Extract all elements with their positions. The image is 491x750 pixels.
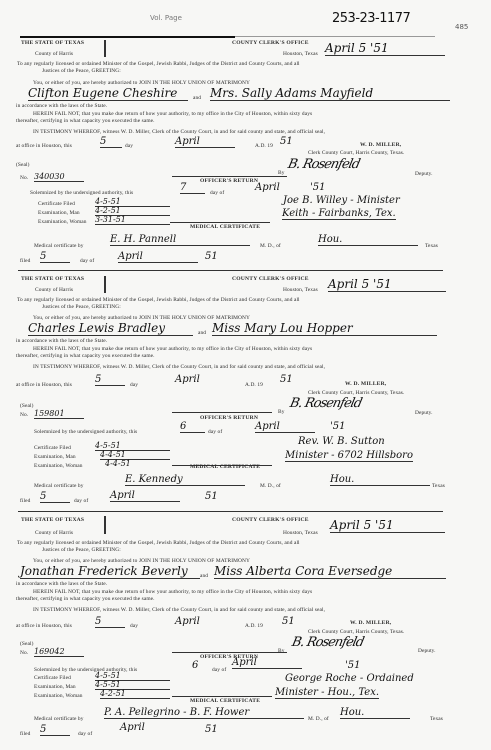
filed-year: 51 [205,491,218,502]
laws-text: in accordance with the laws of the State… [16,581,107,587]
salutation-line-1: To any regularly licensed or ordained Mi… [17,61,300,67]
medical-heading: MEDICAL CERTIFICATE [190,224,260,230]
issue-month: April [175,374,200,385]
medical-city: Hou. [318,234,418,246]
deputy-signature: B. Rosenfeld [288,396,362,411]
herein-line-2: thereafter, certifying in what capacity … [16,118,155,124]
herein-line-1: HEREIN FAIL NOT, that you make due retur… [33,346,312,352]
laws-text: in accordance with the laws of the State… [16,338,107,344]
issue-day: 5 [95,616,125,628]
groom-name: Clifton Eugene Cheshire [28,86,188,101]
filed-year: 51 [205,724,218,735]
medical-by-label: Medical certificate by [34,716,84,722]
solemnized-day: 6 [180,421,205,433]
cert-filed-label: Certificate Filed [34,675,71,681]
solemnized-day: 6 [192,660,198,671]
seal-label: (Seal) [20,403,33,409]
testimony-text: IN TESTIMONY WHEREOF, witness W. D. Mill… [33,129,325,135]
day-label: day [130,623,138,629]
solemnized-month: April [255,182,280,193]
texas-label: Texas [425,243,438,249]
officiant-name: George Roche - Ordained [285,673,414,684]
exam-woman-label: Examination, Woman [38,219,87,225]
bride-name: Miss Mary Lou Hopper [212,321,437,336]
deputy-label: Deputy. [415,410,433,416]
filed-month: April [118,251,198,263]
md-label: M. D., of [260,243,281,249]
day-label: day [125,143,133,149]
section-rule [170,222,270,223]
solemnized-text: Solemnized by the undersigned authority,… [34,429,137,435]
header-divider-faint [235,36,435,37]
marriage-license-page: Vol. Page 253-23-1177 485 THE STATE OF T… [0,0,491,750]
groom-name: Charles Lewis Bradley [28,321,193,336]
exam-man-label: Examination, Man [34,454,76,460]
section-rule [172,696,272,697]
county-label: County of Harris [35,287,73,293]
ad-label: A.D. 19 [245,623,263,629]
ad-label: A.D. 19 [255,143,273,149]
salutation-line-1: To any regularly licensed or ordained Mi… [17,297,300,303]
office-at-label: at office in Houston, this [16,623,72,629]
herein-line-2: thereafter, certifying in what capacity … [16,596,155,602]
clerk-title: Clerk County Court, Harris County, Texas… [308,150,404,156]
day-of-label: day of [80,258,94,264]
solemnized-month: April [255,421,315,433]
solemnized-year: '51 [345,660,360,671]
filed-day: 5 [40,724,70,736]
cert-filed-label: Certificate Filed [38,201,75,207]
date-issued: April 5 '51 [325,41,445,56]
connector: and [198,330,206,336]
clerk-name: W. D. MILLER, [360,142,401,148]
section-rule [172,652,287,653]
salutation-line-2: Justices of the Peace, GREETING: [42,68,121,74]
no-label: No. [20,175,28,181]
bride-name: Mrs. Sally Adams Mayfield [210,86,450,101]
bride-name: Miss Alberta Cora Eversedge [214,564,446,579]
texas-label: Texas [430,716,443,722]
filed-label: filed [20,258,30,264]
county-label: County of Harris [35,530,73,536]
testimony-text: IN TESTIMONY WHEREOF, witness W. D. Mill… [33,607,325,613]
issue-year: 51 [280,374,293,385]
deputy-label: Deputy. [418,648,436,654]
day-of-label: day of [212,667,226,673]
officiant-address: Keith - Fairbanks, Tex. [282,208,396,220]
exam-man-label: Examination, Man [38,210,80,216]
issue-day: 5 [100,136,122,148]
no-label: No. [20,412,28,418]
by-label: By [278,409,285,415]
solemnized-year: '51 [330,421,345,432]
medical-doctor: E. Kennedy [125,474,245,486]
issue-month: April [175,136,235,148]
medical-city: Hou. [330,474,430,486]
record-divider [18,511,443,512]
laws-text: in accordance with the laws of the State… [16,103,107,109]
solemnized-year: '51 [310,182,325,193]
cert-filed-label: Certificate Filed [34,445,71,451]
filed-day: 5 [40,251,70,263]
medical-by-label: Medical certificate by [34,483,84,489]
license-number: 159801 [34,409,84,419]
salutation-line-2: Justices of the Peace, GREETING: [42,304,121,310]
stamp-number: 253-23-1177 [332,11,410,26]
seal-label: (Seal) [20,641,33,647]
office-heading: COUNTY CLERK'S OFFICE [232,40,309,46]
record-divider [18,270,443,271]
exam-woman-value: 4-4-51 [105,459,131,468]
office-heading: COUNTY CLERK'S OFFICE [232,276,309,282]
medical-doctor: P. A. Pellegrino - B. F. Hower [104,707,304,719]
connector: and [200,573,208,579]
solemnized-day: 7 [180,182,205,194]
state-heading: THE STATE OF TEXAS [21,276,84,282]
exam-woman-value: 4-2-51 [100,689,170,699]
officiant-name: Rev. W. B. Sutton [298,436,385,447]
herein-line-2: thereafter, certifying in what capacity … [16,353,155,359]
filed-day: 5 [40,491,70,503]
day-of-label: day of [208,429,222,435]
date-issued: April 5 '51 [330,518,445,533]
brace [104,40,106,57]
medical-heading: MEDICAL CERTIFICATE [190,464,260,470]
groom-name: Jonathan Frederick Beverly [20,564,200,579]
deputy-signature: B. Rosenfeld [286,157,360,172]
exam-woman-value: 3-31-51 [95,215,170,225]
filed-year: 51 [205,251,218,262]
office-heading: COUNTY CLERK'S OFFICE [232,517,309,523]
city-label: Houston, Texas [283,287,318,293]
county-label: County of Harris [35,51,73,57]
clerk-name: W. D. MILLER, [350,620,391,626]
herein-line-1: HEREIN FAIL NOT, that you make due retur… [33,589,312,595]
section-rule [172,412,272,413]
exam-woman-label: Examination, Woman [34,693,83,699]
section-rule [172,176,287,177]
ad-label: A.D. 19 [245,382,263,388]
salutation-line-1: To any regularly licensed or ordained Mi… [17,540,300,546]
testimony-text: IN TESTIMONY WHEREOF, witness W. D. Mill… [33,364,325,370]
herein-line-1: HEREIN FAIL NOT, that you make due retur… [33,111,312,117]
solemnized-month: April [232,657,302,669]
issue-month: April [175,616,200,627]
officiant-address: Minister - 6702 Hillsboro [285,450,413,462]
seal-label: (Seal) [16,162,29,168]
city-label: Houston, Texas [283,51,318,57]
md-label: M. D., of [308,716,329,722]
exam-man-label: Examination, Man [34,684,76,690]
day-label: day [130,382,138,388]
day-of-label: day of [74,498,88,504]
brace [104,276,106,293]
medical-doctor: E. H. Pannell [110,234,250,246]
date-issued: April 5 '51 [328,277,446,292]
day-of-label: day of [78,731,92,737]
deputy-label: Deputy. [415,171,433,177]
brace [104,516,106,534]
salutation-line-2: Justices of the Peace, GREETING: [42,547,121,553]
page-number: 485 [455,23,468,31]
filed-month: April [110,490,180,502]
license-number: 340030 [34,172,84,182]
office-at-label: at office in Houston, this [16,143,72,149]
filed-label: filed [20,498,30,504]
license-number: 169042 [34,647,84,657]
texas-label: Texas [432,483,445,489]
officiant-name: Joe B. Willey - Minister [283,195,400,206]
officer-return-heading: OFFICER'S RETURN [200,178,258,184]
city-label: Houston, Texas [283,530,318,536]
officiant-address: Minister - Hou., Tex. [275,687,379,699]
issue-day: 5 [95,374,125,386]
filed-month: April [120,722,145,733]
faint-volume-mark: Vol. Page [150,14,182,22]
state-heading: THE STATE OF TEXAS [21,517,84,523]
connector: and [193,95,201,101]
state-heading: THE STATE OF TEXAS [21,40,84,46]
md-label: M. D., of [260,483,281,489]
by-label: By [278,648,285,654]
clerk-name: W. D. MILLER, [345,381,386,387]
office-at-label: at office in Houston, this [16,382,72,388]
deputy-signature: B. Rosenfeld [290,635,364,650]
exam-woman-label: Examination, Woman [34,463,83,469]
issue-year: 51 [282,616,295,627]
officer-return-heading: OFFICER'S RETURN [200,415,258,421]
filed-label: filed [20,731,30,737]
medical-city: Hou. [340,707,410,719]
no-label: No. [20,650,28,656]
solemnized-text: Solemnized by the undersigned authority,… [30,190,133,196]
day-of-label: day of [210,190,224,196]
header-divider [20,36,235,38]
medical-by-label: Medical certificate by [34,243,84,249]
medical-heading: MEDICAL CERTIFICATE [190,698,260,704]
issue-year: 51 [280,136,293,147]
